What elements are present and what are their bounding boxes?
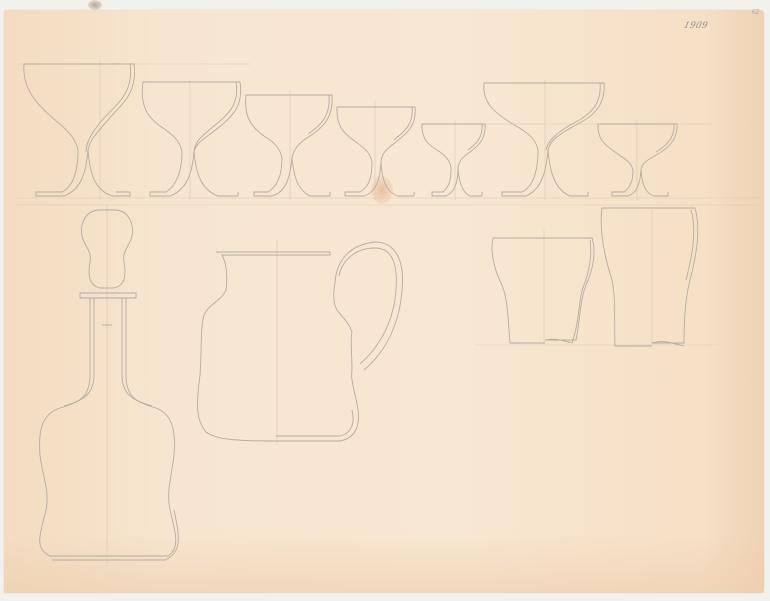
- glass-7-drawing: [598, 124, 677, 196]
- glass-4-drawing: [337, 107, 415, 196]
- glass-6-drawing: [484, 83, 604, 196]
- glass-5-drawing: [422, 124, 485, 196]
- glass-1-drawing: [24, 64, 135, 196]
- decanter-drawing: [40, 210, 179, 560]
- glass-2-drawing: [142, 82, 240, 196]
- guide-lines: [15, 60, 760, 565]
- tumbler-large-drawing: [601, 208, 698, 346]
- tumbler-small-drawing: [492, 238, 594, 343]
- jug-drawing: [198, 242, 403, 441]
- glass-3-drawing: [246, 95, 333, 196]
- glassware-drawing: [0, 0, 770, 601]
